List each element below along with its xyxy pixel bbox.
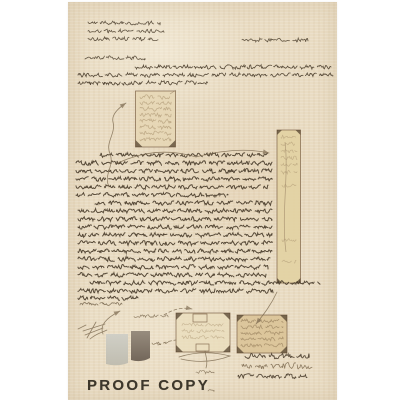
affixed-stamp-bottom-right [237,315,287,353]
handwriting-artwork [0,0,400,400]
affixed-stamp-right [277,130,301,283]
proof-copy-label: PROOF COPY [87,377,210,394]
opening-paragraph [78,65,333,85]
body-paragraph-1 [76,153,272,197]
paint-swatch-light [106,334,128,365]
signature-line-1 [245,354,309,359]
signature-line-2 [238,374,307,379]
affixed-stamp-bottom-left [176,313,230,352]
sender-address [88,21,164,41]
paint-swatch-dark [131,331,150,361]
salutation [85,56,145,60]
date-line [242,38,308,42]
proof-sheet-photo: PROOF COPY [0,0,400,400]
closing-note [80,303,122,306]
signature-script [242,363,312,370]
